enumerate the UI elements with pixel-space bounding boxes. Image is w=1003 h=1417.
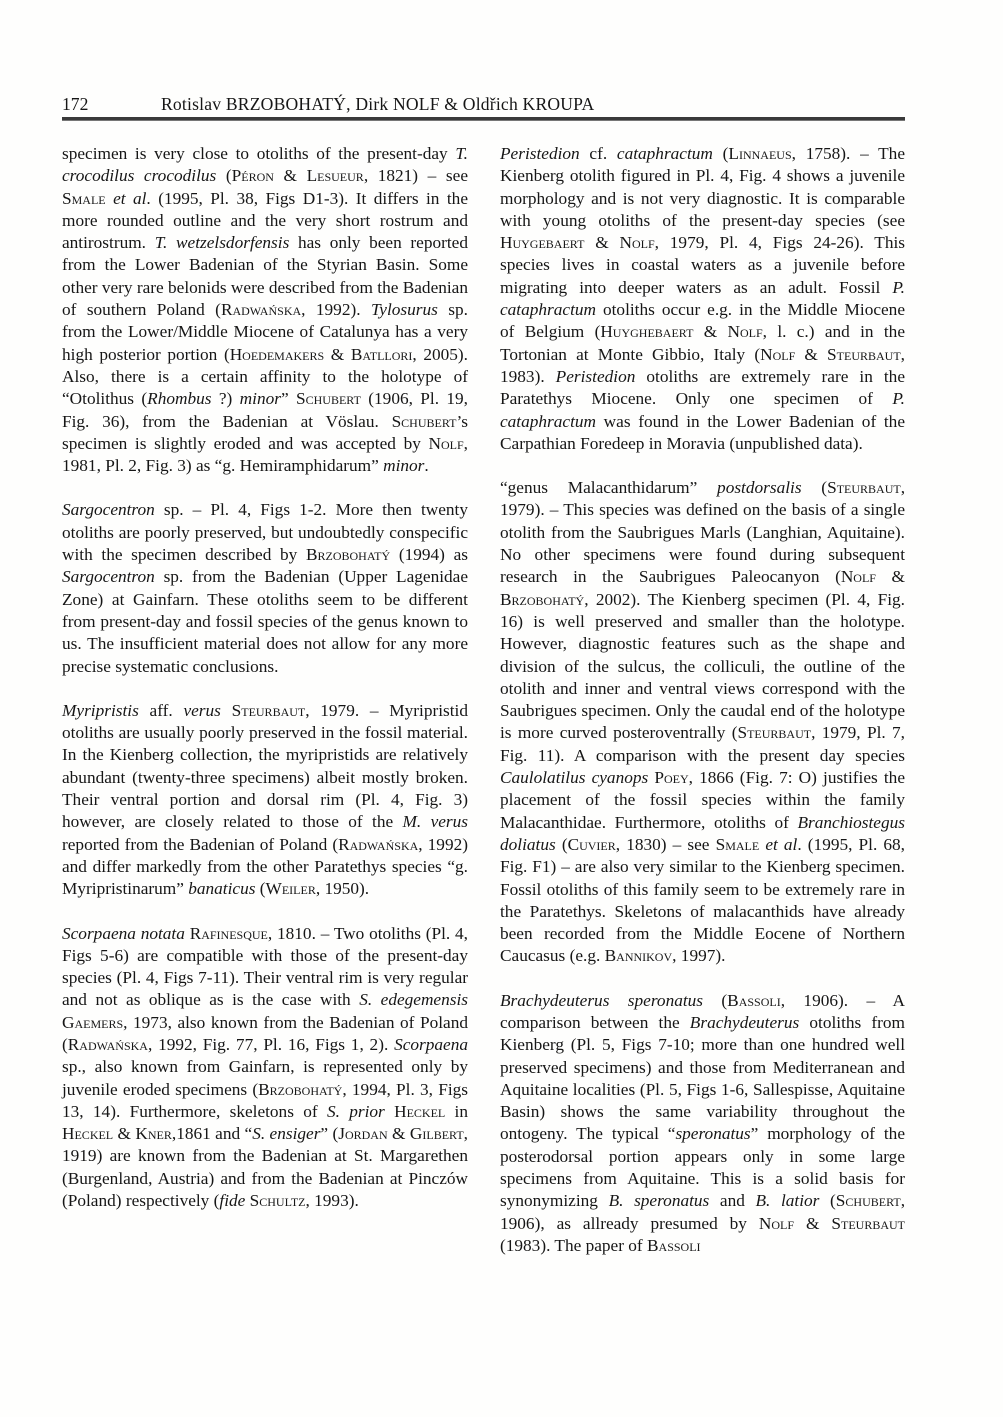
right-column: Peristedion cf. cataphractum (Linnaeus, … (500, 143, 905, 1279)
two-column-text-body: specimen is very close to otoliths of th… (62, 143, 905, 1279)
paragraph-right-2: “genus Malacanthidarum” postdorsalis (St… (500, 477, 905, 968)
page-number: 172 (62, 93, 88, 115)
document-page: 172 Rotislav BRZOBOHATÝ, Dirk NOLF & Old… (0, 0, 1003, 1417)
page-header: 172 Rotislav BRZOBOHATÝ, Dirk NOLF & Old… (62, 93, 905, 119)
paragraph-left-2: Sargocentron sp. – Pl. 4, Figs 1-2. More… (62, 499, 468, 677)
paragraph-left-4: Scorpaena notata Rafinesque, 1810. – Two… (62, 923, 468, 1213)
paragraph-left-1: specimen is very close to otoliths of th… (62, 143, 468, 477)
paragraph-right-1: Peristedion cf. cataphractum (Linnaeus, … (500, 143, 905, 455)
header-rule (62, 117, 905, 121)
paragraph-left-3: Myripristis aff. verus Steurbaut, 1979. … (62, 700, 468, 901)
left-column: specimen is very close to otoliths of th… (62, 143, 468, 1279)
paragraph-right-3: Brachydeuterus speronatus (Bassoli, 1906… (500, 990, 905, 1258)
running-head-authors: Rotislav BRZOBOHATÝ, Dirk NOLF & Oldřich… (161, 93, 594, 115)
